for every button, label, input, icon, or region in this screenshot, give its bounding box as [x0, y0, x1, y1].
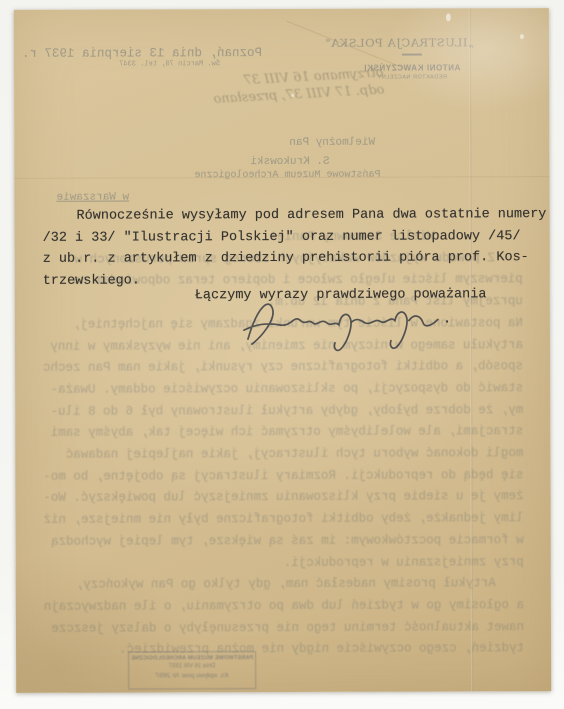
ghost-line: się będą do reprodukcji. Rozmiary ilustr…	[43, 465, 523, 488]
pencil-annotation: otrzymano 16 VIII 37 odp. 17 VIII 37, pr…	[148, 65, 385, 112]
ghost-line: my, że dobrze byłoby, gdyby artykuł ilus…	[43, 400, 523, 423]
addressee-salutation: Wielmożny Pan	[289, 137, 375, 149]
ghost-line: sposób, a odbitki fotograficzne czy rysu…	[43, 356, 523, 379]
ghost-line: Artykuł prosimy nadesłać nam, gdy tylko …	[44, 573, 524, 596]
ghost-line: przy zmniejszaniu w reprodukcji.	[44, 552, 524, 575]
showthrough-dateline: Poznań, dnia 13 sierpnia 1937 r. Św. Mar…	[72, 46, 262, 69]
typed-line: z ub.r. z artykułem z dziedziny prehisto…	[43, 247, 527, 270]
photo-background: { "meta": { "description": "Scan of a ty…	[0, 0, 564, 709]
paper-speck	[446, 13, 451, 21]
ghost-line: limy jednakże, żeby odbitki fotograficzn…	[44, 508, 524, 531]
addressee-name: S. Krukowski	[250, 156, 329, 168]
ghost-line: a ogłosimy go w tydzień lub dwa po otrzy…	[44, 595, 524, 618]
stamp-register-number: Ks. wpływu pow. Nr 2697	[129, 672, 255, 679]
ghost-line: tydzień, czego oczywiście nigdy nie możn…	[44, 639, 524, 662]
ghost-line: stawić do dyspozycji, po skliszowaniu oc…	[43, 378, 523, 401]
dateline-main: Poznań, dnia 13 sierpnia 1937 r.	[72, 46, 262, 61]
letter-paper: „ILUSTRACJA POLSKA" ANTONI KAWCZYŃSKI RE…	[14, 8, 551, 693]
ghost-line: stracjami, ale wolelibyśmy otrzymać ich …	[43, 421, 523, 444]
ghost-line: w formacie pocztówkowym: im zaś są więks…	[44, 530, 524, 553]
paper-speck	[520, 34, 524, 39]
typed-line: Równocześnie wysyłamy pod adresem Pana d…	[42, 204, 526, 227]
signature-period: .	[443, 311, 451, 327]
signature-handwriting	[240, 292, 450, 355]
typed-paragraph: Równocześnie wysyłamy pod adresem Pana d…	[42, 204, 526, 292]
stamp-institution: PAŃSTWOWE MUZEUM ARCHEOLOGICZNE	[129, 655, 255, 661]
dateline-address: Św. Marcin 70, tel. 3347	[72, 60, 262, 69]
letterhead-divider	[402, 54, 422, 56]
ghost-line: nawet aktualność terminu tego nie przesu…	[44, 617, 524, 640]
letterhead-title: „ILUSTRACJA POLSKA"	[350, 35, 474, 49]
archive-stamp: PAŃSTWOWE MUZEUM ARCHEOLOGICZNE Dnia 16 …	[128, 651, 256, 689]
addressee-city: w Warszawie	[56, 192, 129, 204]
addressee-institution: Państwowe Muzeum Archeologiczne	[194, 170, 380, 182]
ghost-line: mogli dokonać wyboru tych ilustracyj, ja…	[43, 443, 523, 466]
typed-line: /32 i 33/ "Ilustracji Polskiej" oraz num…	[43, 226, 527, 249]
stamp-date: Dnia 16 VIII 1937	[129, 663, 255, 669]
ghost-line: żemy je u siebie przy kliszowaniu zmniej…	[43, 487, 523, 510]
